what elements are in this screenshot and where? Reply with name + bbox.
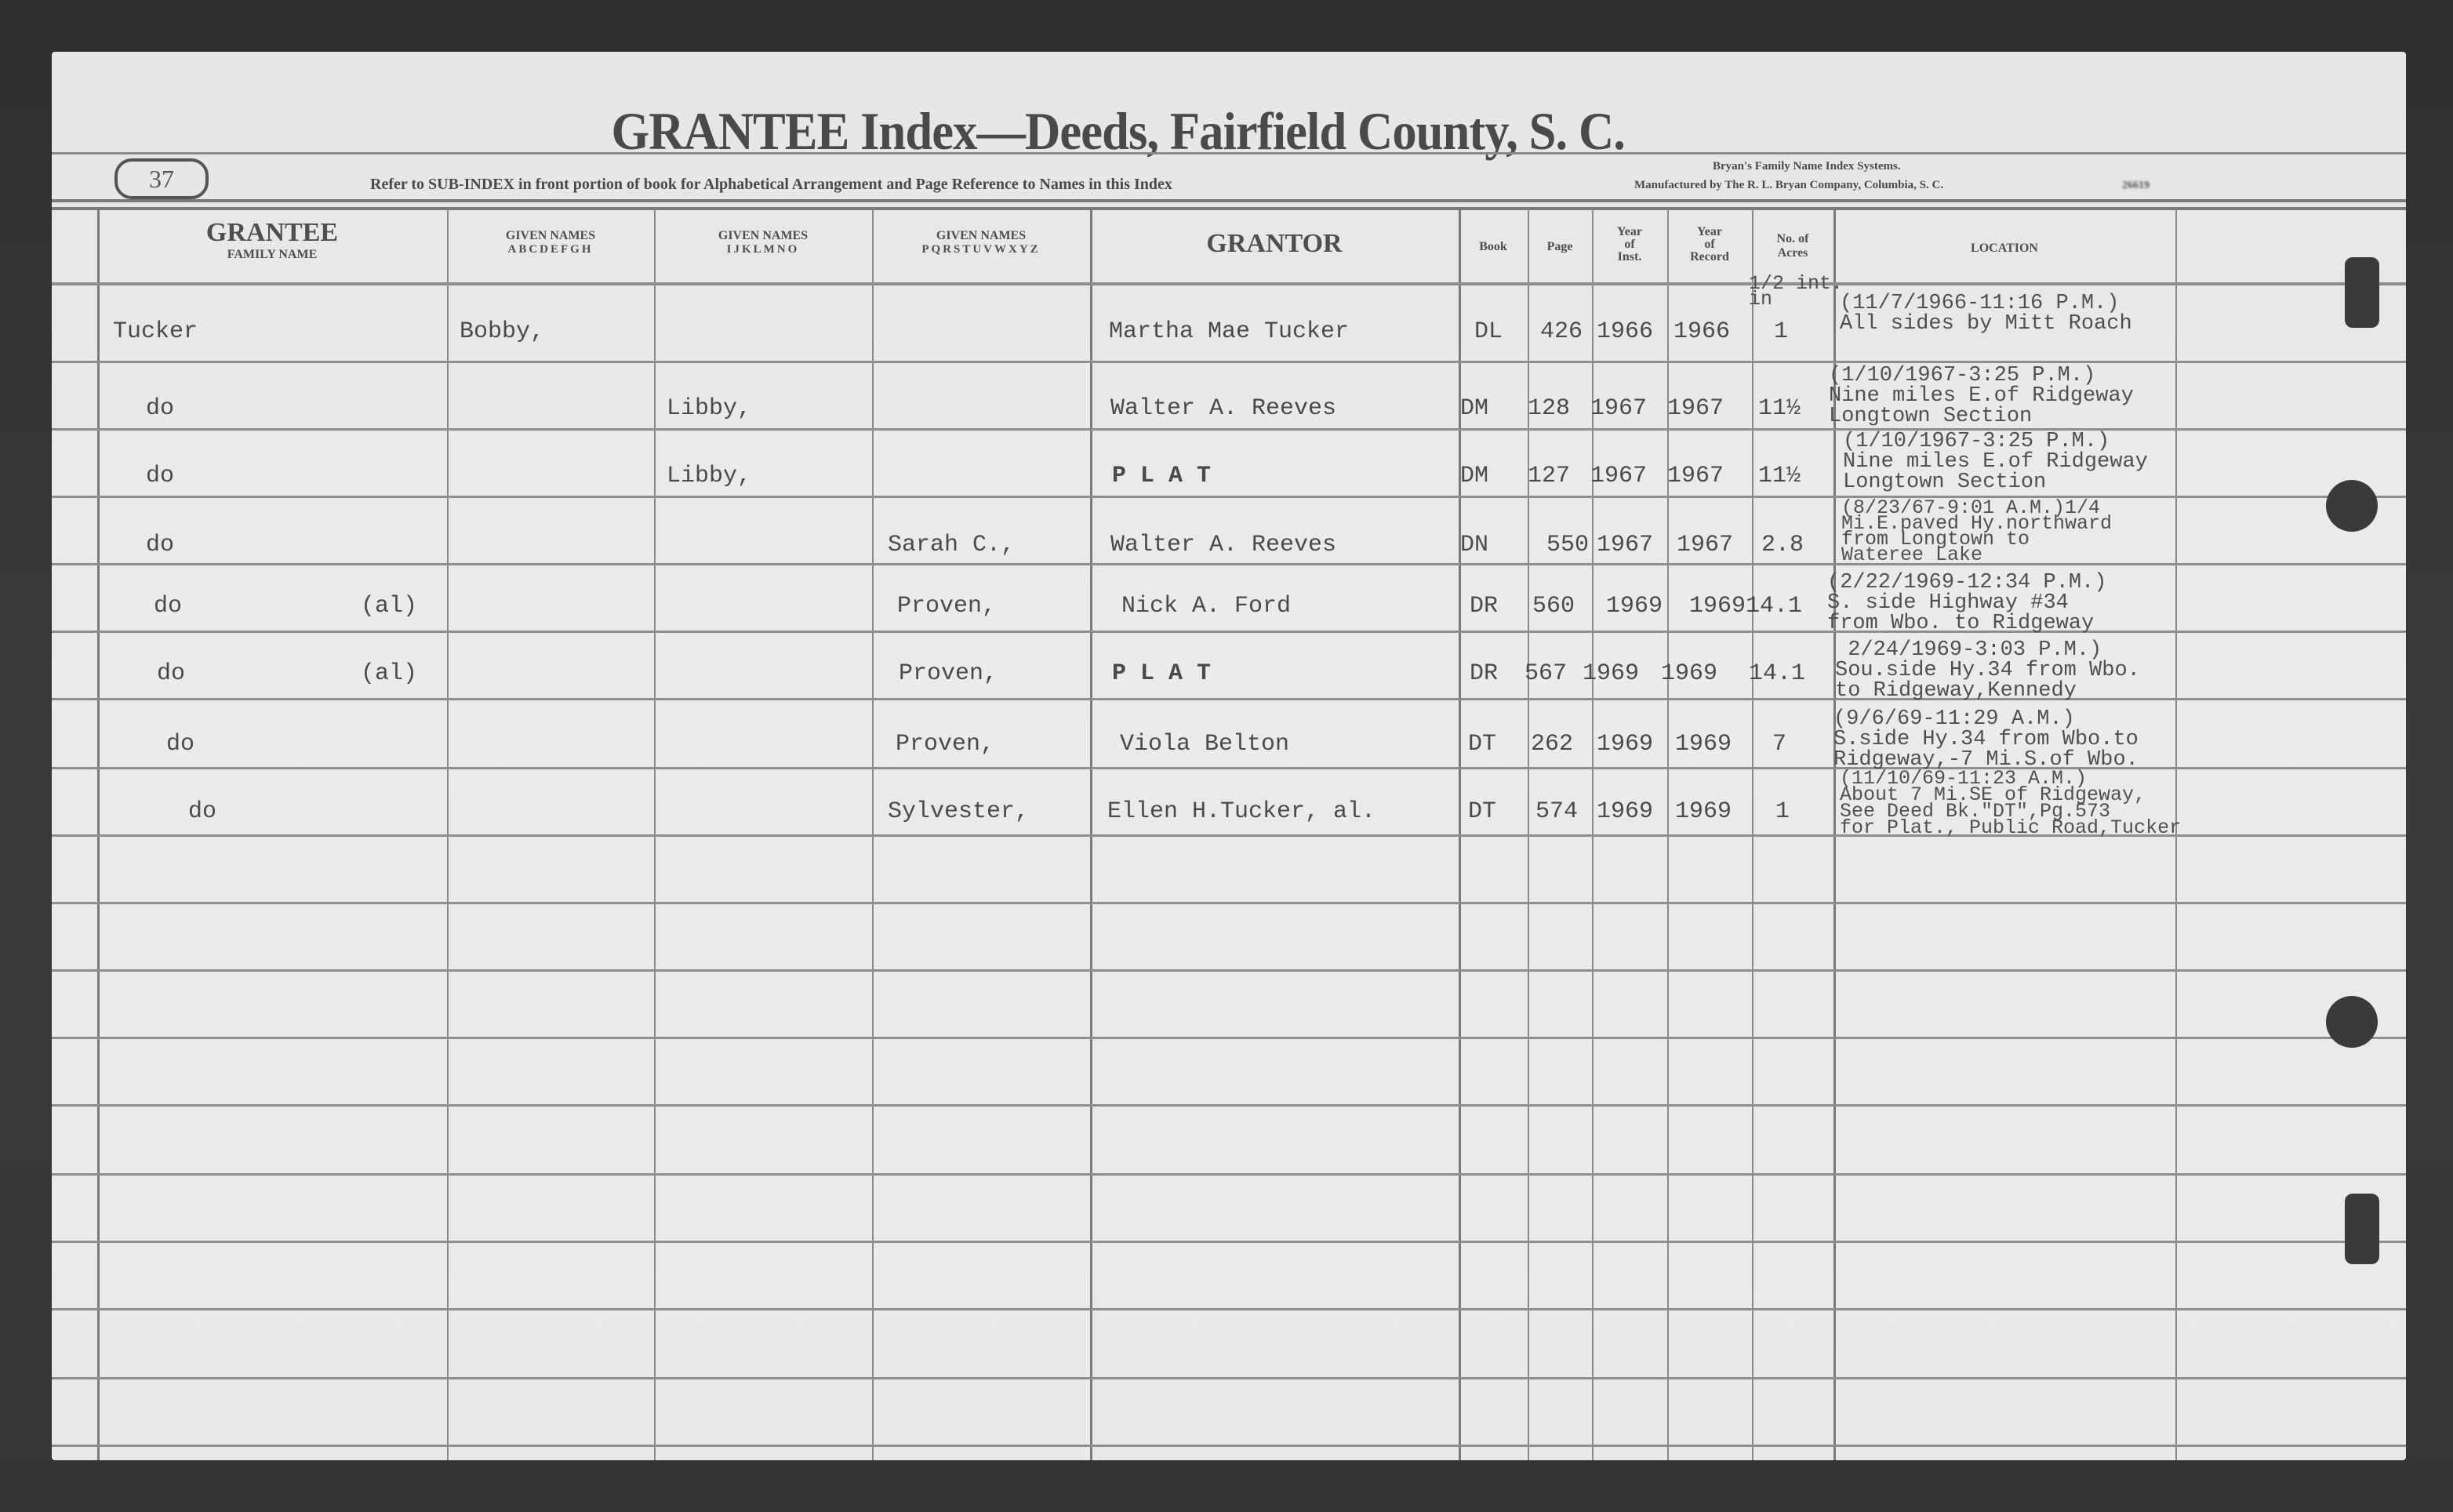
year-record: 1969 <box>1689 593 1746 620</box>
year-record: 1969 <box>1675 731 1732 758</box>
family-name: do <box>154 593 182 620</box>
header-year-inst-line: of <box>1592 238 1667 251</box>
grantor: Walter A. Reeves <box>1110 532 1336 558</box>
acres: 2.8 <box>1761 532 1804 558</box>
header-page-label: Page <box>1528 240 1592 254</box>
year-inst: 1969 <box>1597 798 1653 825</box>
book: DM <box>1460 463 1488 489</box>
location: (1/10/1967-3:25 P.M.) Nine miles E.of Ri… <box>1829 365 2134 427</box>
acres: 14.1 <box>1746 593 1802 620</box>
header-grantor: GRANTOR <box>1090 229 1459 259</box>
book: DR <box>1470 593 1498 620</box>
header-year-record-line: Year <box>1667 226 1752 238</box>
header-acres: No. of Acres <box>1752 232 1833 260</box>
family-name: do <box>146 532 174 558</box>
header-grantee-subtitle: FAMILY NAME <box>97 248 447 262</box>
family-name: do <box>146 395 174 422</box>
book: DR <box>1470 660 1498 687</box>
family-name: do <box>166 731 194 758</box>
given-p-z: Proven, <box>897 593 996 620</box>
given-a-h: Bobby, <box>460 318 544 345</box>
row-rule <box>52 563 2406 565</box>
location: (8/23/67-9:01 A.M.)1/4 Mi.E.paved Hy.nor… <box>1841 500 2112 563</box>
header-year-inst-line: Inst. <box>1592 251 1667 264</box>
header-given-letters: ABCDEFGH <box>447 243 654 256</box>
year-inst: 1967 <box>1590 395 1647 422</box>
header-given-title: GIVEN NAMES <box>872 229 1090 243</box>
location: 2/24/1969-3:03 P.M.) Sou.side Hy.34 from… <box>1835 640 2140 701</box>
year-inst: 1967 <box>1597 532 1653 558</box>
book: DT <box>1468 798 1496 825</box>
given-p-z: Proven, <box>899 660 998 687</box>
binder-slot-bottom <box>2345 1194 2379 1264</box>
page: 262 <box>1531 731 1573 758</box>
index-card: GRANTEE Index—Deeds, Fairfield County, S… <box>52 52 2406 1460</box>
row-rule <box>52 1173 2406 1176</box>
header-given-title: GIVEN NAMES <box>654 229 872 243</box>
family-name: do <box>157 660 185 687</box>
year-record: 1969 <box>1675 798 1732 825</box>
page: 550 <box>1546 532 1589 558</box>
given-i-o: Libby, <box>667 463 751 489</box>
al-marker: (al) <box>361 593 417 620</box>
header-year-record-line: of <box>1667 238 1752 251</box>
header-given-letters: IJKLMNO <box>654 243 872 256</box>
acres: 11½ <box>1758 395 1801 422</box>
given-p-z: Sarah C., <box>888 532 1015 558</box>
header-year-inst-line: Year <box>1592 226 1667 238</box>
header-book: Book <box>1459 240 1528 254</box>
location: (11/7/1966-11:16 P.M.) All sides by Mitt… <box>1840 293 2132 334</box>
header-acres-line: Acres <box>1752 246 1833 260</box>
header-given-i-o: GIVEN NAMES IJKLMNO <box>654 229 872 256</box>
header-acres-line: No. of <box>1752 232 1833 246</box>
header-location: LOCATION <box>1833 242 2175 256</box>
row-rule <box>52 1377 2406 1379</box>
page: 426 <box>1540 318 1583 345</box>
acres: 1 <box>1775 798 1790 825</box>
grantor: P L A T <box>1112 463 1211 489</box>
row-rule <box>52 1308 2406 1310</box>
year-record: 1969 <box>1661 660 1717 687</box>
family-name: do <box>188 798 216 825</box>
year-inst: 1967 <box>1590 463 1647 489</box>
grantor: P L A T <box>1112 660 1211 687</box>
year-record: 1967 <box>1677 532 1733 558</box>
page: 574 <box>1535 798 1578 825</box>
acres: 11½ <box>1758 463 1801 489</box>
header-grantor-title: GRANTOR <box>1090 229 1459 259</box>
binder-slot-top <box>2345 257 2379 328</box>
grantor: Walter A. Reeves <box>1110 395 1336 422</box>
header-given-p-z: GIVEN NAMES PQRSTUVWXYZ <box>872 229 1090 256</box>
header-given-title: GIVEN NAMES <box>447 229 654 243</box>
header-grantee-title: GRANTEE <box>97 218 447 248</box>
book: DT <box>1468 731 1496 758</box>
binder-hole <box>2326 480 2378 532</box>
row-rule <box>52 1445 2406 1447</box>
family-name: do <box>146 463 174 489</box>
grantor: Nick A. Ford <box>1121 593 1291 620</box>
location: (11/10/69-11:23 A.M.) About 7 Mi.SE of R… <box>1840 770 2181 836</box>
grantor: Ellen H.Tucker, al. <box>1107 798 1375 825</box>
header-year-record-line: Record <box>1667 251 1752 264</box>
year-record: 1966 <box>1673 318 1730 345</box>
book: DM <box>1460 395 1488 422</box>
location: (2/22/1969-12:34 P.M.) S. side Highway #… <box>1827 572 2106 634</box>
acres: 1 <box>1774 318 1788 345</box>
header-given-letters: PQRSTUVWXYZ <box>872 243 1090 256</box>
location: (1/10/1967-3:25 P.M.) Nine miles E.of Ri… <box>1843 431 2148 492</box>
header-page: Page <box>1528 240 1592 254</box>
header-given-a-h: GIVEN NAMES ABCDEFGH <box>447 229 654 256</box>
row-rule <box>52 1037 2406 1039</box>
row-rule <box>52 1104 2406 1107</box>
page: 567 <box>1524 660 1567 687</box>
binder-hole <box>2326 996 2378 1048</box>
year-record: 1967 <box>1667 463 1724 489</box>
given-i-o: Libby, <box>667 395 751 422</box>
page: 128 <box>1528 395 1570 422</box>
header-bottom-rule <box>52 282 2406 285</box>
page: 560 <box>1532 593 1575 620</box>
row-rule <box>52 969 2406 972</box>
row-rule <box>52 902 2406 904</box>
book: DN <box>1460 532 1488 558</box>
acres: 7 <box>1772 731 1786 758</box>
given-p-z: Sylvester, <box>888 798 1029 825</box>
grantor: Martha Mae Tucker <box>1109 318 1349 345</box>
year-inst: 1966 <box>1597 318 1653 345</box>
al-marker: (al) <box>361 660 417 687</box>
header-grantee: GRANTEE FAMILY NAME <box>97 218 447 262</box>
location: (9/6/69-11:29 A.M.) S.side Hy.34 from Wb… <box>1833 709 2139 770</box>
row-rule <box>52 1241 2406 1243</box>
book: DL <box>1474 318 1503 345</box>
grantor: Viola Belton <box>1120 731 1289 758</box>
acres-note: 1/2 int. in <box>1749 276 1843 307</box>
header-location-label: LOCATION <box>1833 242 2175 256</box>
family-name: Tucker <box>113 318 198 345</box>
acres: 14.1 <box>1749 660 1805 687</box>
header-book-label: Book <box>1459 240 1528 254</box>
page: 127 <box>1528 463 1570 489</box>
year-inst: 1969 <box>1606 593 1663 620</box>
given-p-z: Proven, <box>896 731 994 758</box>
row-rule <box>52 361 2406 363</box>
year-inst: 1969 <box>1583 660 1639 687</box>
header-year-inst: Year of Inst. <box>1592 226 1667 264</box>
year-inst: 1969 <box>1597 731 1653 758</box>
header-year-record: Year of Record <box>1667 226 1752 264</box>
year-record: 1967 <box>1667 395 1724 422</box>
